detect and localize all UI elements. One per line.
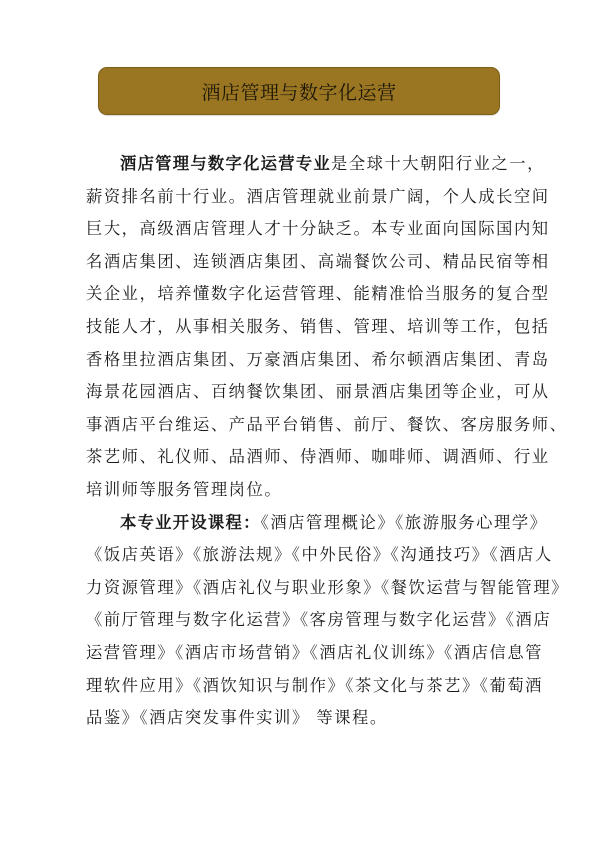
- text-line: 事酒店平台维运、产品平台销售、前厅、餐饮、客房服务师、: [86, 409, 518, 442]
- text-line: 理软件应用》《酒饮知识与制作》《茶文化与茶艺》《葡萄酒: [86, 670, 518, 703]
- text-line: 巨大，高级酒店管理人才十分缺乏。本专业面向国际国内知: [86, 213, 518, 246]
- courses-label-bold: 本专业开设课程：: [120, 513, 261, 532]
- text-segment: 《酒店管理概论》《旅游服务心理学》: [261, 513, 548, 532]
- text-line: 茶艺师、礼仪师、品酒师、侍酒师、咖啡师、调酒师、行业: [86, 441, 518, 474]
- text-line: 品鉴》《酒店突发事件实训》 等课程。: [86, 702, 518, 735]
- text-line: 薪资排名前十行业。酒店管理就业前景广阔，个人成长空间: [86, 181, 518, 214]
- text-line: 培训师等服务管理岗位。: [86, 474, 518, 507]
- text-line: 力资源管理》《酒店礼仪与职业形象》《餐饮运营与智能管理》: [86, 572, 518, 605]
- title-banner: 酒店管理与数字化运营: [98, 67, 500, 115]
- text-line: 关企业，培养懂数字化运营管理、能精准恰当服务的复合型: [86, 278, 518, 311]
- text-line: 《前厅管理与数字化运营》《客房管理与数字化运营》《酒店: [86, 604, 518, 637]
- text-line: 酒店管理与数字化运营专业是全球十大朝阳行业之一，: [86, 148, 518, 181]
- text-line: 技能人才，从事相关服务、销售、管理、培训等工作，包括: [86, 311, 518, 344]
- text-line: 海景花园酒店、百纳餐饮集团、丽景酒店集团等企业，可从: [86, 376, 518, 409]
- courses-paragraph: 本专业开设课程：《酒店管理概论》《旅游服务心理学》 《饭店英语》《旅游法规》《中…: [86, 507, 518, 735]
- text-line: 运营管理》《酒店市场营销》《酒店礼仪训练》《酒店信息管: [86, 637, 518, 670]
- major-name-bold: 酒店管理与数字化运营专业: [120, 154, 331, 173]
- text-line: 本专业开设课程：《酒店管理概论》《旅游服务心理学》: [86, 507, 518, 540]
- intro-paragraph: 酒店管理与数字化运营专业是全球十大朝阳行业之一， 薪资排名前十行业。酒店管理就业…: [86, 148, 518, 507]
- text-line: 香格里拉酒店集团、万豪酒店集团、希尔顿酒店集团、青岛: [86, 344, 518, 377]
- document-body: 酒店管理与数字化运营专业是全球十大朝阳行业之一， 薪资排名前十行业。酒店管理就业…: [86, 148, 518, 735]
- text-line: 名酒店集团、连锁酒店集团、高端餐饮公司、精品民宿等相: [86, 246, 518, 279]
- text-segment: 是全球十大朝阳行业之一，: [331, 154, 545, 173]
- text-line: 《饭店英语》《旅游法规》《中外民俗》《沟通技巧》《酒店人: [86, 539, 518, 572]
- page-title: 酒店管理与数字化运营: [201, 78, 396, 105]
